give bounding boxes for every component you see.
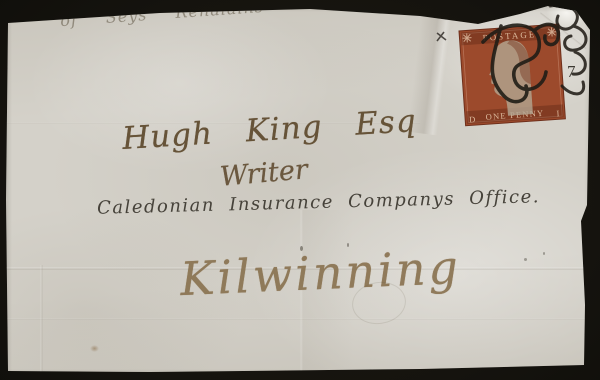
diagonal-fold-crease — [407, 3, 453, 136]
faint-postmark-trace — [349, 278, 408, 327]
horizontal-fold-crease — [0, 267, 600, 270]
ink-speck — [347, 243, 349, 247]
ink-speck — [300, 246, 303, 251]
stamp-body — [459, 24, 565, 126]
horizontal-fold-crease — [0, 318, 600, 320]
photo-backdrop: of Seys Renalains Hugh King Esq Writer C… — [0, 0, 600, 380]
paper-edge-shading — [0, 0, 600, 380]
docket-inscription: of Seys Renalains — [60, 0, 265, 30]
check-letter-bottom-right: I — [556, 108, 560, 118]
maltese-cross-cancel — [483, 24, 558, 101]
star-ornament-top-left — [462, 33, 472, 43]
cancel-numeral: 7 — [567, 62, 576, 81]
penny-red-stamp: POSTAGE ONE PENNY D I — [459, 24, 565, 126]
ink-speck — [524, 258, 527, 261]
addressee-line: Hugh King Esq — [121, 103, 417, 157]
check-letter-bottom-left: D — [469, 114, 476, 124]
destination-line: Kilwinning — [179, 240, 462, 306]
paper-stain — [90, 345, 99, 352]
cancel-swirl-marks — [550, 5, 586, 94]
letter-cover: of Seys Renalains Hugh King Esq Writer C… — [0, 0, 600, 380]
stamp-bottom-text: ONE PENNY — [485, 108, 544, 122]
stamp-top-text: POSTAGE — [482, 29, 536, 43]
queen-victoria-profile — [487, 39, 533, 117]
stamp-bottom-band — [466, 104, 564, 124]
queen-hair-shadow — [507, 39, 531, 85]
horizontal-fold-crease — [0, 122, 420, 124]
curled-corner — [532, 0, 600, 59]
star-ornament-top-right — [547, 27, 557, 37]
organisation-line: Caledonian Insurance Companys Office. — [97, 186, 540, 219]
vertical-fold-crease — [300, 210, 390, 372]
stamp-frame — [462, 27, 562, 122]
curled-corner-seam — [540, 12, 587, 49]
vertical-fold-crease — [40, 265, 43, 372]
occupation-line: Writer — [219, 154, 309, 193]
stray-ink-cross-mark — [437, 32, 446, 41]
ink-speck — [543, 252, 545, 255]
penny-red-stamp-area: POSTAGE ONE PENNY D I — [415, 0, 600, 145]
stamp-top-band — [461, 26, 559, 46]
